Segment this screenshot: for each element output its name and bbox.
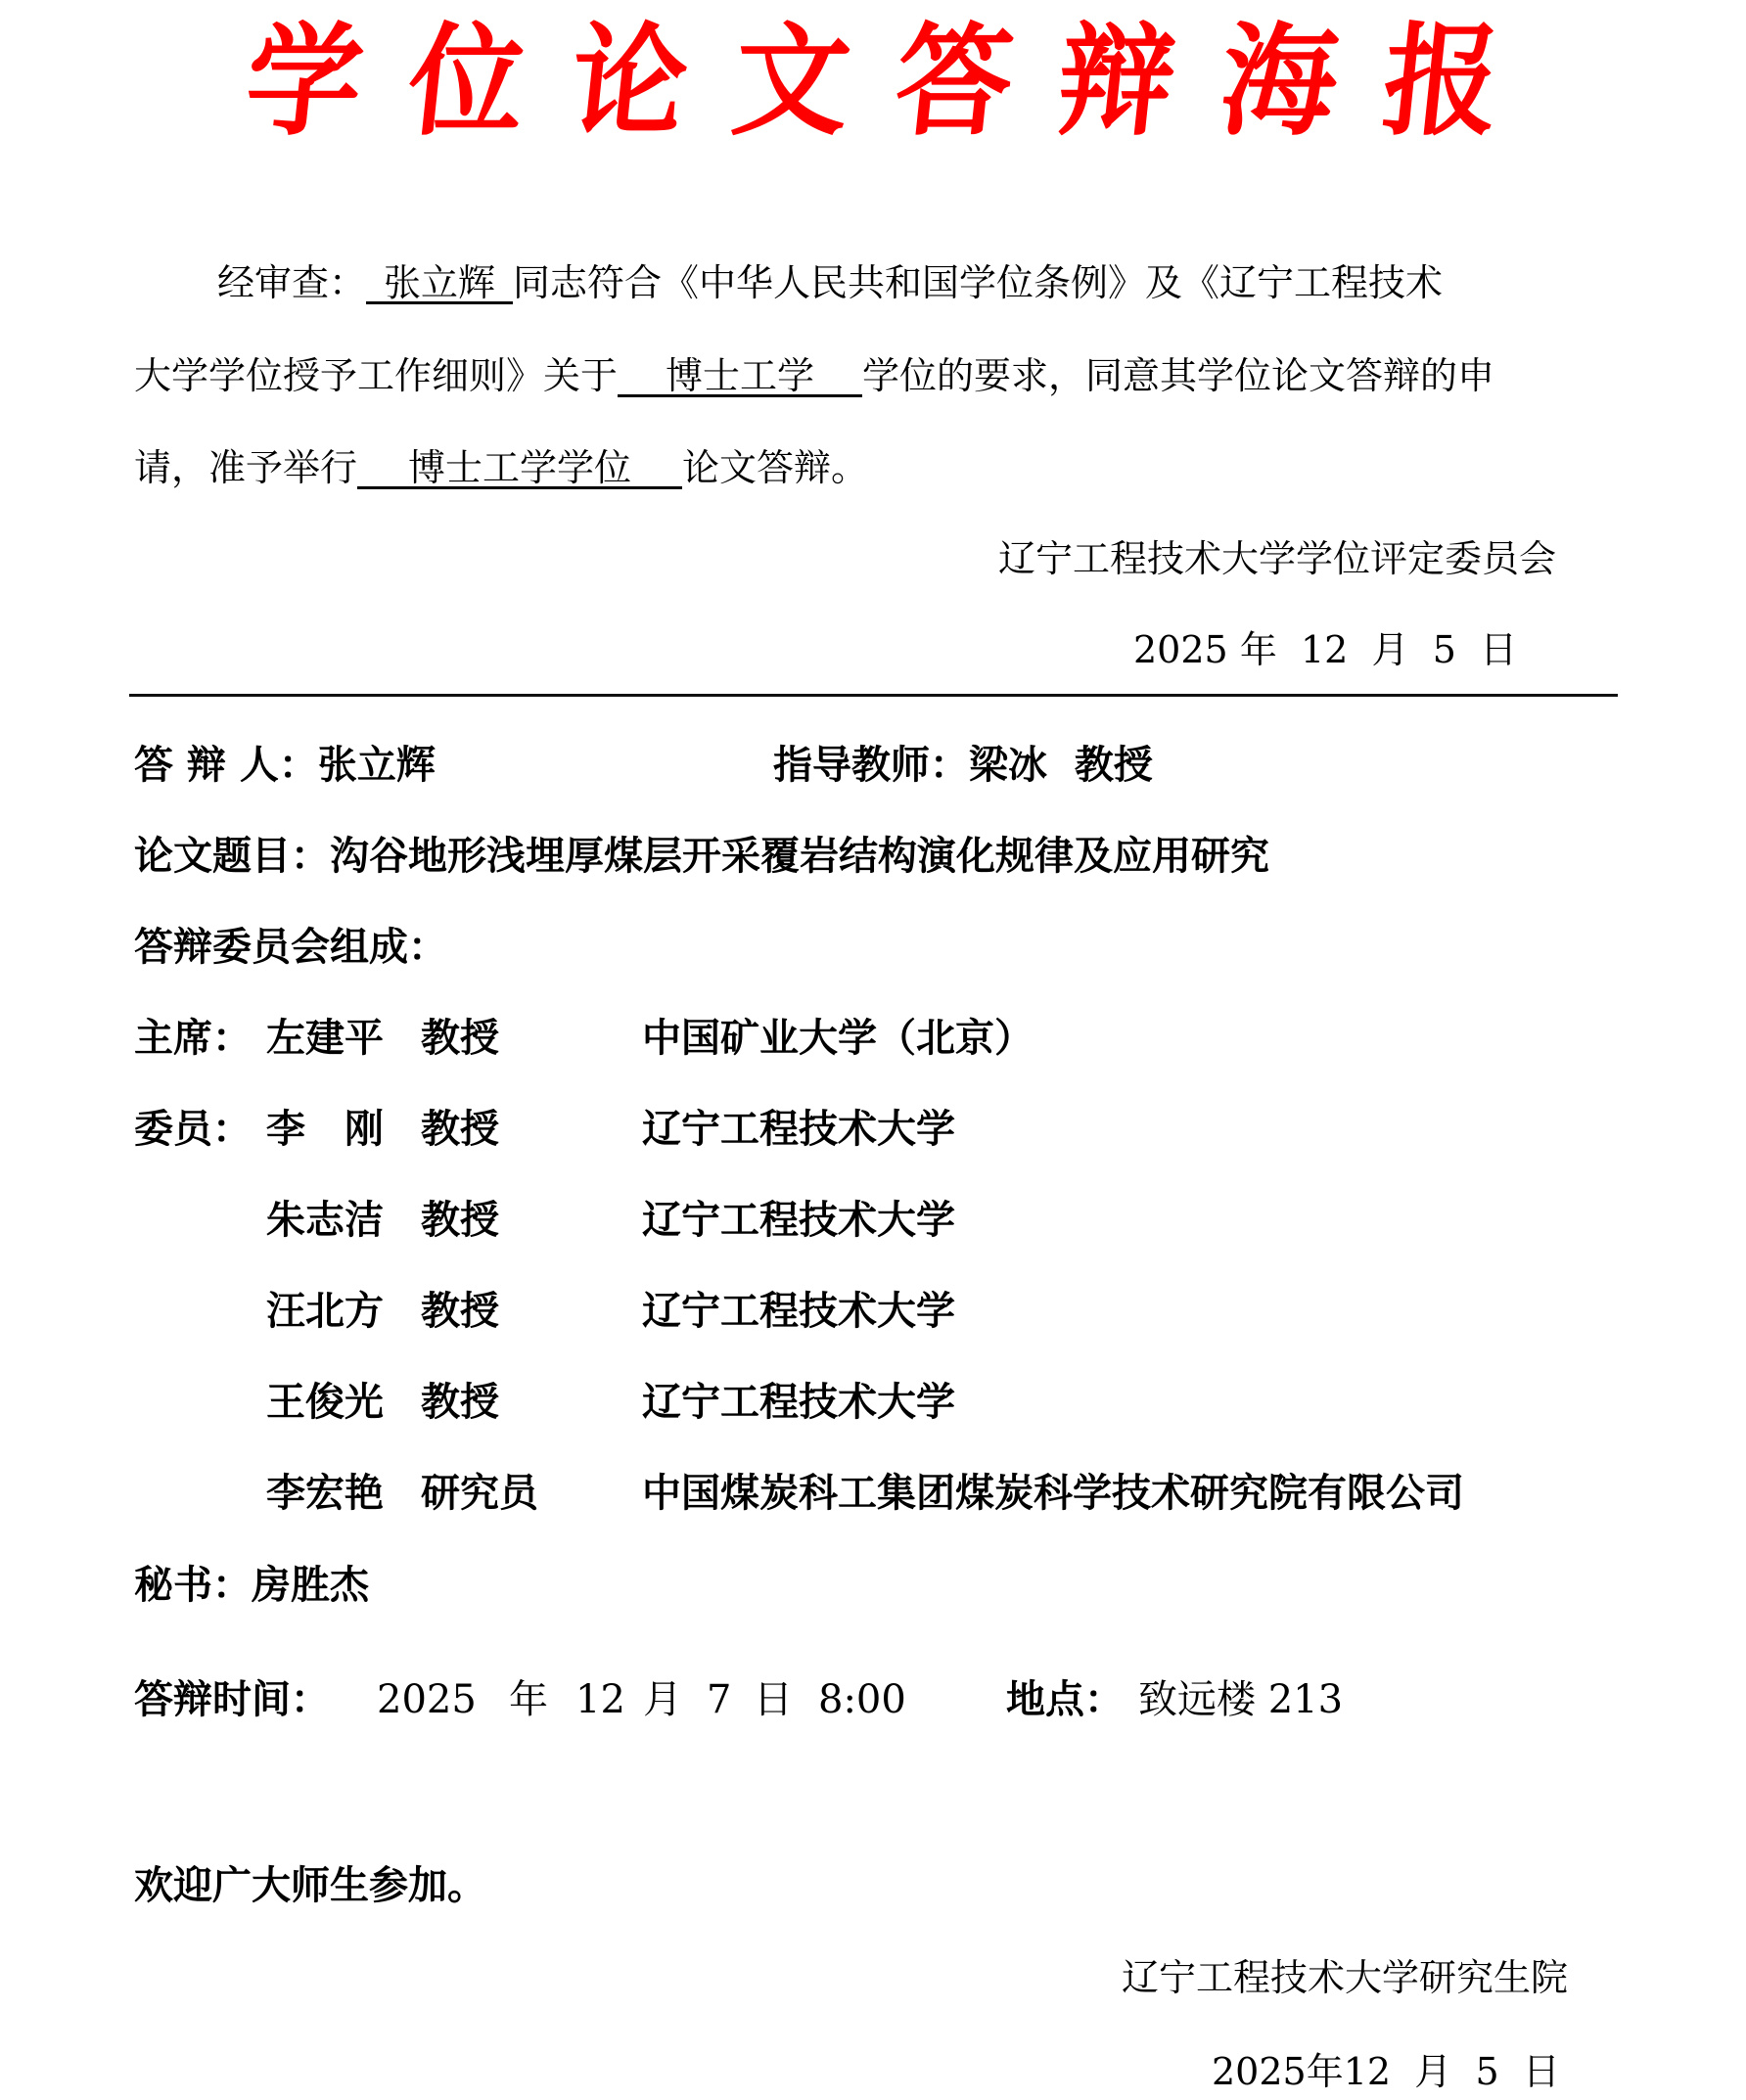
review-defense-text: 论文答辩。 [682, 446, 868, 489]
review-date: 2025 年 12 月 5 日 [1133, 631, 1517, 668]
date-day: 5 [1433, 628, 1456, 671]
committee-affiliation: 辽宁工程技术大学 [642, 1383, 955, 1422]
committee-role: 主席： [134, 1019, 252, 1058]
secretary-name: 房胜杰 [252, 1563, 369, 1608]
date-day: 5 [1475, 2050, 1498, 2093]
title-char: 答 [890, 21, 1018, 142]
title-char: 辩 [1053, 21, 1181, 142]
review-issuer: 辽宁工程技术大学学位评定委员会 [998, 540, 1556, 577]
committee-affiliation: 辽宁工程技术大学 [642, 1201, 955, 1240]
thesis-row: 论文题目：沟谷地形浅埋厚煤层开采覆岩结构演化规律及应用研究 [134, 837, 1269, 876]
defender-row: 答 辩 人：张立辉 [134, 746, 436, 785]
time-year-unit: 年 [509, 1680, 548, 1719]
date-year: 2025 [1212, 2050, 1307, 2093]
time-year: 2025 [377, 1680, 477, 1719]
thesis-title: 沟谷地形浅埋厚煤层开采覆岩结构演化规律及应用研究 [330, 834, 1269, 879]
date-year-unit: 年 [1240, 628, 1277, 671]
committee-role: 委员： [134, 1110, 252, 1149]
committee-name: 汪北方 [266, 1292, 384, 1331]
date-day-unit: 日 [1523, 2050, 1560, 2093]
committee-title: 研究员 [421, 1474, 538, 1513]
review-prefix: 经审查： [217, 261, 366, 304]
date-month: 12 [1344, 2050, 1391, 2093]
secretary-row: 秘书：房胜杰 [134, 1566, 369, 1605]
time-label: 答辩时间： [134, 1680, 330, 1719]
divider [129, 694, 1618, 697]
defender-label: 答 辩 人： [134, 743, 318, 788]
time-month: 12 [575, 1680, 625, 1719]
committee-title: 教授 [421, 1201, 499, 1240]
committee-name: 朱志洁 [266, 1201, 384, 1240]
time-day-unit: 日 [754, 1680, 793, 1719]
committee-name: 李 刚 [266, 1110, 384, 1149]
closing-issuer: 辽宁工程技术大学研究生院 [1122, 1959, 1568, 1996]
review-line-1: 经审查：张立辉同志符合《中华人民共和国学位条例》及《辽宁工程技术 [217, 264, 1443, 304]
committee-name: 左建平 [266, 1019, 384, 1058]
time-day: 7 [707, 1680, 731, 1719]
committee-name: 李宏艳 [266, 1474, 384, 1513]
title-char: 报 [1378, 21, 1506, 142]
title-char: 位 [402, 21, 530, 142]
committee-name: 王俊光 [266, 1383, 384, 1422]
title-char: 论 [565, 21, 693, 142]
committee-title: 教授 [421, 1383, 499, 1422]
time-month-unit: 月 [643, 1680, 682, 1719]
committee-title: 教授 [421, 1292, 499, 1331]
review-requirement-text: 学位的要求，同意其学位论文答辩的申 [862, 354, 1494, 397]
poster-title: 学 位 论 文 答 辩 海 报 [0, 8, 1746, 155]
welcome-text: 欢迎广大师生参加。 [134, 1866, 486, 1905]
review-line-3: 请，准予举行博士工学学位论文答辩。 [134, 449, 868, 489]
date-month-unit: 月 [1372, 628, 1409, 671]
committee-label: 答辩委员会组成： [134, 928, 447, 967]
location-value: 致远楼 213 [1138, 1680, 1343, 1719]
committee-title: 教授 [421, 1019, 499, 1058]
review-line-2: 大学学位授予工作细则》关于博士工学学位的要求，同意其学位论文答辩的申 [134, 357, 1494, 397]
title-char: 文 [727, 21, 855, 142]
defender-name: 张立辉 [318, 743, 436, 788]
date-year: 2025 [1133, 628, 1228, 671]
committee-affiliation: 辽宁工程技术大学 [642, 1110, 955, 1149]
closing-date: 2025年12 月 5 日 [1212, 2053, 1560, 2090]
date-month-unit: 月 [1414, 2050, 1451, 2093]
review-approve-text: 请，准予举行 [134, 446, 357, 489]
secretary-label: 秘书： [134, 1563, 252, 1608]
date-day-unit: 日 [1480, 628, 1517, 671]
title-char: 海 [1216, 21, 1344, 142]
date-year-unit: 年 [1307, 2050, 1344, 2093]
review-regulations-text: 同志符合《中华人民共和国学位条例》及《辽宁工程技术 [513, 261, 1443, 304]
committee-affiliation: 中国煤炭科工集团煤炭科学技术研究院有限公司 [642, 1474, 1464, 1513]
candidate-name-field: 张立辉 [366, 264, 513, 304]
review-rules-text: 大学学位授予工作细则》关于 [134, 354, 618, 397]
location-label: 地点： [1006, 1680, 1124, 1719]
advisor-name: 梁冰 教授 [969, 743, 1153, 788]
date-month: 12 [1301, 628, 1348, 671]
advisor-row: 指导教师：梁冰 教授 [773, 746, 1153, 785]
degree-type-field: 博士工学 [618, 357, 862, 397]
committee-affiliation: 中国矿业大学（北京） [642, 1019, 1034, 1058]
degree-full-field: 博士工学学位 [357, 449, 682, 489]
advisor-label: 指导教师： [773, 743, 969, 788]
committee-affiliation: 辽宁工程技术大学 [642, 1292, 955, 1331]
time-clock: 8:00 [818, 1680, 906, 1719]
committee-title: 教授 [421, 1110, 499, 1149]
thesis-label: 论文题目： [134, 834, 330, 879]
title-char: 学 [240, 21, 368, 142]
